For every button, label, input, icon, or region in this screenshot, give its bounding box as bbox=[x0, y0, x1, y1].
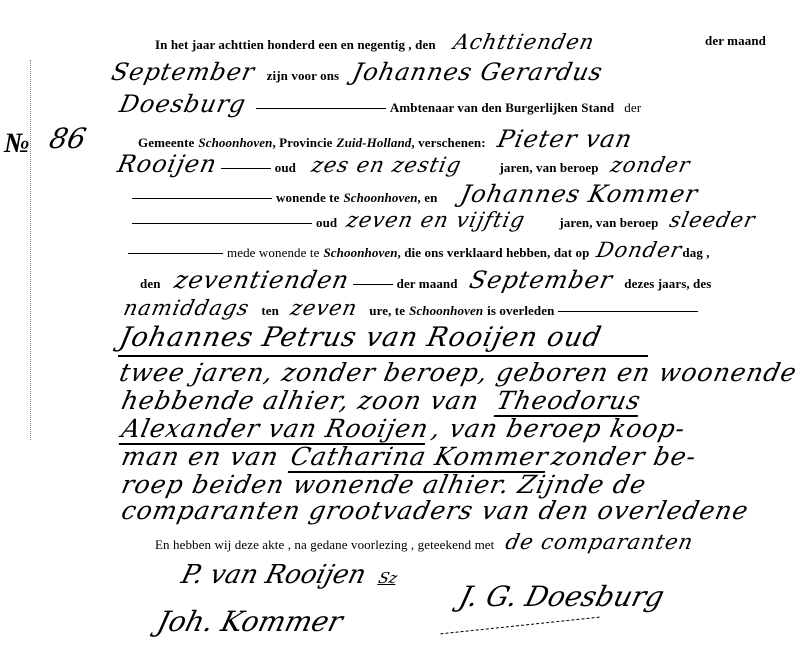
handwritten-witness1-surname: Rooijen bbox=[115, 150, 220, 178]
line-14: Alexander van Rooijen , van beroep koop- bbox=[122, 414, 686, 445]
line-16: roep beiden wonende alhier. Zijnde de bbox=[122, 470, 646, 499]
handwritten-month: September bbox=[109, 58, 258, 86]
printed-text: , die ons verklaard hebben, dat op bbox=[398, 245, 590, 260]
line-1: In het jaar achttien honderd een en nege… bbox=[155, 30, 594, 54]
handwritten-witness2-occupation: sleeder bbox=[668, 208, 758, 232]
printed-text: , en bbox=[418, 190, 438, 205]
signature-witness2: Joh. Kommer bbox=[154, 605, 346, 638]
printed-text: Gemeente bbox=[138, 135, 194, 150]
printed-text: En hebben wij deze akte , na gedane voor… bbox=[155, 537, 494, 552]
blank-line bbox=[132, 223, 312, 224]
line-18: En hebben wij deze akte , na gedane voor… bbox=[155, 530, 694, 554]
printed-text: jaren, van beroep bbox=[499, 160, 598, 175]
printed-place: Schoonhoven bbox=[409, 303, 483, 318]
printed-place: Schoonhoven bbox=[343, 190, 417, 205]
handwritten-weekday: Donder bbox=[595, 238, 685, 262]
printed-text: , verschenen: bbox=[411, 135, 485, 150]
handwritten-text: comparanten grootvaders van den overlede… bbox=[119, 496, 752, 525]
line-11: Johannes Petrus van Rooijen oud bbox=[120, 322, 601, 353]
printed-text: der bbox=[624, 100, 641, 115]
printed-text: mede wonende te bbox=[227, 245, 319, 260]
register-number-label: № bbox=[4, 128, 30, 160]
printed-text: ten bbox=[261, 303, 279, 318]
printed-text: Ambtenaar van den Burgerlijken Stand bbox=[390, 100, 614, 115]
handwritten-text: roep beiden wonende alhier. Zijnde de bbox=[119, 470, 649, 499]
handwritten-hour: zeven bbox=[288, 296, 359, 320]
line-15: man en van Catharina Kommer zonder be- bbox=[122, 442, 696, 473]
printed-text: , Provincie bbox=[272, 135, 332, 150]
blank-line bbox=[558, 311, 698, 312]
signature-witness1: P. van Rooijen Sz bbox=[178, 560, 401, 590]
signature-flourish bbox=[440, 617, 599, 635]
handwritten-text: man en van bbox=[119, 442, 282, 471]
handwritten-signers: de comparanten bbox=[504, 530, 696, 554]
handwritten-death-month: September bbox=[467, 266, 616, 294]
blank-line bbox=[128, 253, 223, 254]
line-8: mede wonende te Schoonhoven, die ons ver… bbox=[128, 238, 710, 262]
printed-text: is overleden bbox=[487, 303, 554, 318]
line-6: wonende te Schoonhoven, en Johannes Komm… bbox=[132, 180, 698, 208]
handwritten-registrar-name: Johannes Gerardus bbox=[350, 58, 606, 86]
printed-text: In het jaar achttien honderd een en nege… bbox=[155, 37, 436, 52]
handwritten-witness1-age: zes en zestig bbox=[309, 153, 464, 177]
printed-text: der maand bbox=[397, 276, 458, 291]
line-2: September zijn voor ons Johannes Gerardu… bbox=[112, 58, 603, 86]
printed-text: der maand bbox=[705, 33, 766, 49]
line-12: twee jaren, zonder beroep, geboren en wo… bbox=[120, 358, 797, 387]
blank-line bbox=[132, 198, 272, 199]
blank-line bbox=[353, 284, 393, 285]
line-13: hebbende alhier, zoon van Theodorus bbox=[122, 386, 640, 417]
line-5: Rooijen oud zes en zestig jaren, van ber… bbox=[118, 150, 690, 178]
death-certificate-page: № 86 In het jaar achttien honderd een en… bbox=[0, 0, 800, 667]
register-number: 86 bbox=[46, 122, 89, 155]
printed-text: dezes jaars, des bbox=[624, 276, 711, 291]
handwritten-father-name: Theodorus bbox=[494, 386, 644, 417]
margin-rule bbox=[30, 60, 31, 440]
line-7: oud zeven en vijftig jaren, van beroep s… bbox=[132, 208, 756, 232]
handwritten-deceased: Johannes Petrus van Rooijen oud bbox=[117, 322, 605, 353]
line-3: Doesburg Ambtenaar van den Burgerlijken … bbox=[120, 90, 641, 118]
printed-text: oud bbox=[275, 160, 296, 175]
handwritten-witness2-name: Johannes Kommer bbox=[458, 180, 701, 208]
printed-text: ure, te bbox=[369, 303, 405, 318]
blank-line bbox=[256, 108, 386, 109]
printed-text: dag , bbox=[682, 245, 709, 260]
line-9: den zeventienden der maand September dez… bbox=[140, 266, 711, 294]
line-10: namiddags ten zeven ure, te Schoonhoven … bbox=[124, 296, 698, 320]
handwritten-text: twee jaren, zonder beroep, geboren en wo… bbox=[117, 358, 800, 387]
printed-place: Schoonhoven bbox=[323, 245, 397, 260]
handwritten-text: , van beroep koop- bbox=[429, 414, 688, 443]
printed-province: Zuid-Holland bbox=[337, 135, 412, 150]
underline-deceased bbox=[118, 355, 648, 357]
printed-text: oud bbox=[316, 215, 337, 230]
signature-registrar: J. G. Doesburg bbox=[456, 580, 668, 613]
line-4: Gemeente Schoonhoven, Provincie Zuid-Hol… bbox=[138, 125, 632, 153]
printed-text: den bbox=[140, 276, 161, 291]
handwritten-mother-name: Catharina Kommer bbox=[287, 442, 551, 473]
handwritten-text: zonder be- bbox=[549, 442, 699, 471]
blank-line bbox=[221, 168, 271, 169]
printed-text: jaren, van beroep bbox=[559, 215, 658, 230]
printed-text: wonende te bbox=[276, 190, 339, 205]
handwritten-death-day: zeventienden bbox=[172, 266, 352, 294]
handwritten-witness2-age: zeven en vijftig bbox=[345, 208, 528, 232]
handwritten-witness1-occupation: zonder bbox=[608, 153, 692, 177]
handwritten-father-surname: Alexander van Rooijen bbox=[119, 414, 432, 445]
line-17: comparanten grootvaders van den overlede… bbox=[122, 496, 749, 525]
handwritten-day: Achttienden bbox=[451, 30, 597, 54]
printed-text: zijn voor ons bbox=[267, 68, 340, 83]
handwritten-text: hebbende alhier, zoon van bbox=[119, 386, 482, 415]
handwritten-registrar-surname: Doesburg bbox=[117, 90, 249, 118]
handwritten-time-of-day: namiddags bbox=[121, 296, 251, 320]
handwritten-witness1-name: Pieter van bbox=[495, 125, 635, 153]
printed-place: Schoonhoven bbox=[198, 135, 272, 150]
